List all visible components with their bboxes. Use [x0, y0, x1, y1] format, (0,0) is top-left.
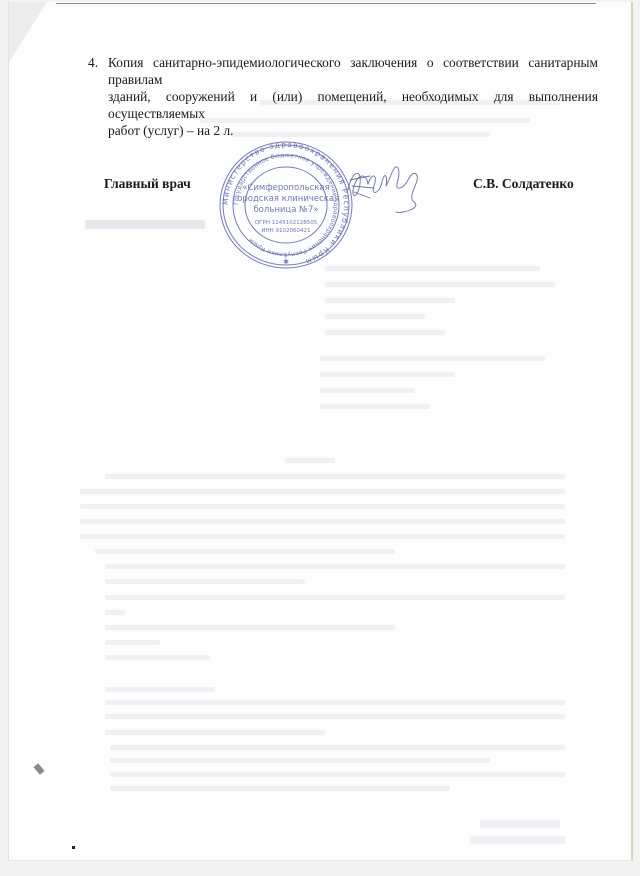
official-stamp: Министерство здравоохранения Республики … [213, 140, 359, 270]
svg-text:✱: ✱ [283, 258, 289, 266]
item-number: 4. [88, 54, 98, 71]
item-line-1: Копия санитарно-эпидемиологического закл… [108, 54, 598, 88]
handwritten-signature [340, 150, 450, 220]
list-item-4: 4. Копия санитарно-эпидемиологического з… [88, 54, 598, 139]
stamp-center-line-1: «Симферопольская [242, 183, 330, 193]
signer-name: С.В. Солдатенко [473, 176, 574, 192]
page-top-edge [56, 3, 596, 4]
item-line-2: зданий, сооружений и (или) помещений, не… [108, 88, 598, 122]
scan-speck [72, 846, 75, 849]
stamp-center-line-2: городская клиническая [233, 194, 340, 204]
item-line-3: работ (услуг) – на 2 л. [108, 122, 598, 139]
folded-corner [9, 2, 47, 62]
position-title: Главный врач [104, 176, 191, 192]
stamp-ogrn: ОГРН 1145102128505 [255, 220, 318, 226]
stamp-inn: ИНН 9102060421 [261, 228, 310, 234]
stamp-center-line-3: больница №7» [253, 205, 318, 215]
